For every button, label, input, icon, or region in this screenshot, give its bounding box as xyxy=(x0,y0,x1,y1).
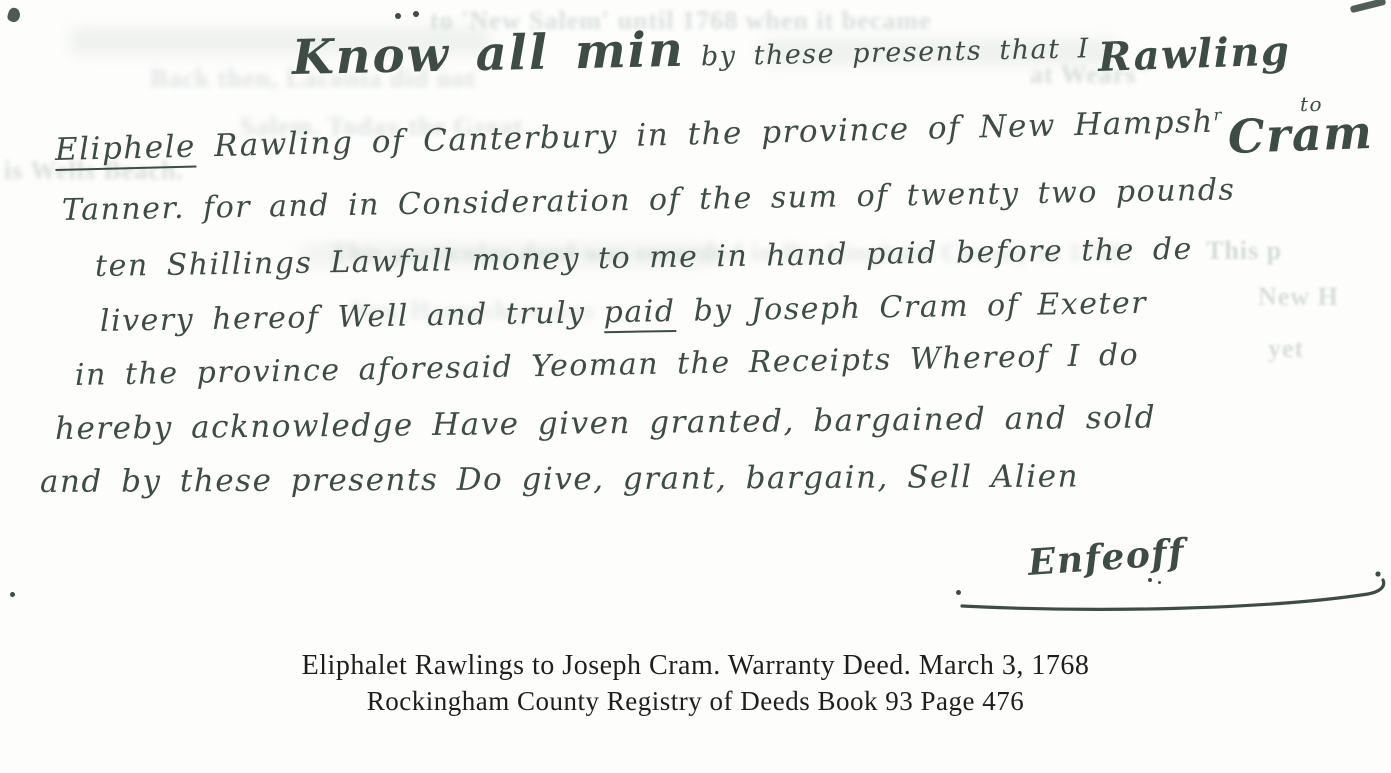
bleed-through-text: This p xyxy=(1206,236,1282,266)
deed-line-text: by Joseph Cram of Exeter xyxy=(675,286,1147,329)
deed-line: ten Shillings Lawfull money to me in han… xyxy=(95,232,1193,284)
margin-docket-grantee: Cram xyxy=(1227,105,1374,164)
deed-heading-script: Know all min xyxy=(291,22,685,86)
superscript-abbreviation: r xyxy=(1213,105,1221,124)
bleed-through-text: New H xyxy=(1258,282,1339,312)
scan-artifact xyxy=(1350,0,1387,13)
underlined-word: paid xyxy=(603,294,676,333)
deed-heading-rest: by these presents that I xyxy=(701,33,1090,72)
caption-line-2: Rockingham County Registry of Deeds Book… xyxy=(0,686,1391,717)
ink-dot xyxy=(395,13,401,19)
deed-line-text: livery hereof Well and truly xyxy=(100,295,604,339)
ink-dot xyxy=(10,592,15,597)
deed-line: Eliphele Rawling of Canterbury in the pr… xyxy=(55,103,1222,167)
caption-line-1: Eliphalet Rawlings to Joseph Cram. Warra… xyxy=(0,650,1391,682)
flourish-line xyxy=(950,568,1391,616)
deed-heading: Know all minby these presents that I xyxy=(291,13,1090,86)
deed-line: Tanner. for and in Consideration of the … xyxy=(62,173,1236,228)
scanned-deed-page: to 'New Salem' until 1768 when it became… xyxy=(0,0,1391,773)
ink-dot xyxy=(413,11,419,17)
margin-docket-grantor: Rawling xyxy=(1097,27,1291,81)
deed-line: and by these presents Do give, grant, ba… xyxy=(40,459,1079,500)
deed-line: hereby acknowledge Have given granted, b… xyxy=(55,399,1156,447)
bleed-through-text: yet xyxy=(1268,334,1304,364)
deed-line: in the province aforesaid Yeoman the Rec… xyxy=(75,338,1140,393)
scan-artifact xyxy=(6,6,22,23)
underlined-word: Eliphele xyxy=(55,129,197,171)
deed-line: livery hereof Well and truly paid by Jos… xyxy=(100,286,1148,339)
